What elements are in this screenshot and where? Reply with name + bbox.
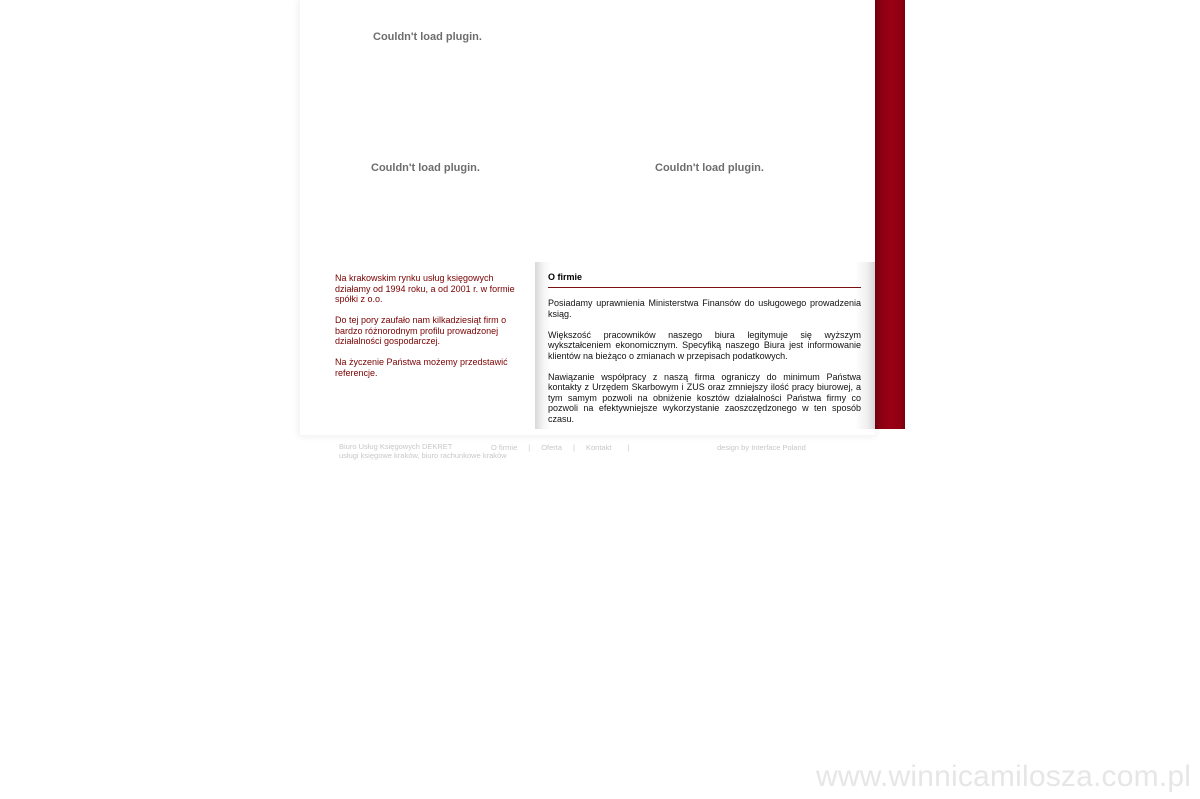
footer-link-kontakt[interactable]: Kontakt <box>586 443 611 452</box>
footer-company: Biuro Usług Księgowych DEKRET usługi ksi… <box>339 443 507 460</box>
about-paragraph: Większość pracowników naszego biura legi… <box>548 330 861 362</box>
plugin-placeholder-top: Couldn't load plugin. <box>373 31 482 43</box>
design-credit-link[interactable]: design by Interface Poland <box>717 443 806 452</box>
footer-separator: | <box>528 443 530 452</box>
red-side-bar <box>875 0 905 429</box>
footer-keywords: usługi księgowe kraków, biuro rachunkowe… <box>339 452 507 461</box>
intro-paragraph: Do tej pory zaufało nam kilkadziesiąt fi… <box>335 315 525 347</box>
footer-link-o-firmie[interactable]: O firmie <box>491 443 517 452</box>
intro-paragraph: Na krakowskim rynku usług księgowych dzi… <box>335 273 525 305</box>
footer-nav: O firmie|Oferta|Kontakt| <box>491 443 640 452</box>
watermark: www.winnicamilosza.com.pl <box>816 760 1191 794</box>
plugin-placeholder-left: Couldn't load plugin. <box>371 162 480 174</box>
about-paragraph: Nawiązanie współpracy z naszą firma ogra… <box>548 372 861 425</box>
about-panel: O firmie Posiadamy uprawnienia Ministers… <box>535 262 875 429</box>
about-title: O firmie <box>548 272 861 288</box>
about-paragraph: Posiadamy uprawnienia Ministerstwa Finan… <box>548 298 861 319</box>
intro-text: Na krakowskim rynku usług księgowych dzi… <box>335 273 525 389</box>
plugin-placeholder-right: Couldn't load plugin. <box>655 162 764 174</box>
footer-separator: | <box>573 443 575 452</box>
intro-paragraph: Na życzenie Państwa możemy przedstawić r… <box>335 357 525 378</box>
footer-separator: | <box>627 443 629 452</box>
footer-link-oferta[interactable]: Oferta <box>541 443 562 452</box>
